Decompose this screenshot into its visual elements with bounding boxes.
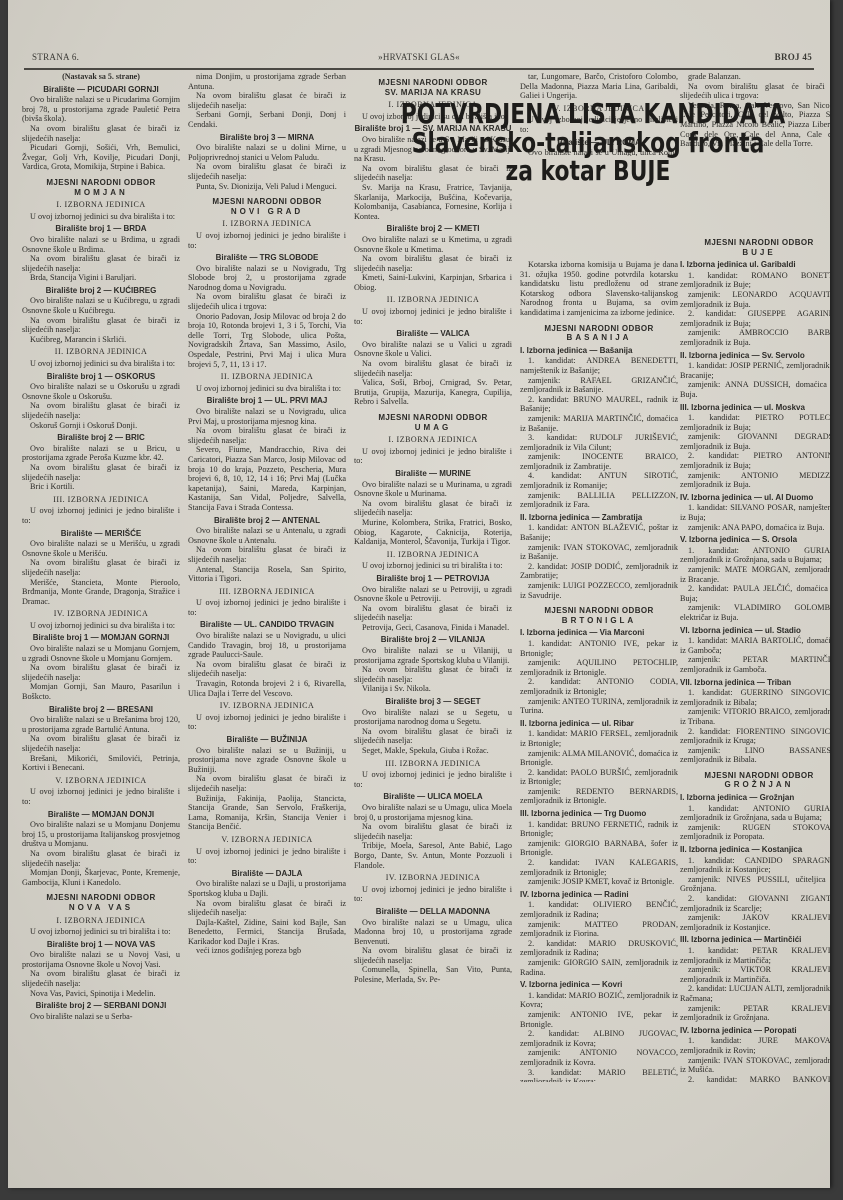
paragraph: Merišće, Stancieta, Monte Pieroolo, Brđm… bbox=[22, 578, 180, 607]
paragraph: U ovoj izbornoj jedinici su dva birališt… bbox=[22, 621, 180, 631]
electoral-unit-heading: III. Izborna jedinica — ul. Moskva bbox=[680, 403, 830, 413]
paragraph: 1. kandidat: JOSIP PERNIĆ, zemljoradnik … bbox=[680, 361, 830, 380]
paragraph: U ovoj izbornoj jedinici je jedno birali… bbox=[354, 447, 512, 466]
paragraph: 2. kandidat: GIUSEPPE AGARINIS, zemljora… bbox=[680, 309, 830, 328]
paragraph: zamjenik: VLADIMIRO GOLOMBO, električar … bbox=[680, 603, 830, 622]
paragraph: 1. kandidat: ANTON BLAŽEVIĆ, poštar iz B… bbox=[520, 523, 678, 542]
electoral-unit-heading: IV. Izborna jedinica — ul. Al Duomo bbox=[680, 493, 830, 503]
paragraph: Kmeti, Saini-Lukvini, Karpinjan, Srbaric… bbox=[354, 273, 512, 292]
committee-heading: MJESNI NARODNI ODBOR bbox=[520, 606, 678, 616]
paragraph: Ovo biralište nalazi se u Kmetima, u zgr… bbox=[354, 235, 512, 254]
paragraph: 1. kandidat: ANDREA BENEDETTI, namješten… bbox=[520, 356, 678, 375]
paragraph: Na ovom biralištu glasat će birači iz sl… bbox=[22, 734, 180, 753]
electoral-unit-heading: III. IZBORNA JEDINICA bbox=[188, 587, 346, 597]
paragraph: 1. kandidat: PIETRO POTLECA, zemljoradni… bbox=[680, 413, 830, 432]
paragraph: 1. kandidat: JURE MAKOVAC, zemljoradnik … bbox=[680, 1036, 830, 1055]
paragraph: 1. kandidat: ANTONIO GURIAN, zemljoradni… bbox=[680, 804, 830, 823]
paragraph: zamjenik: ANTONIO NOVACCO, zemljoradnik … bbox=[520, 1048, 678, 1067]
paragraph: U ovoj izbornoj jedinici je jedno birali… bbox=[22, 506, 180, 525]
paragraph: 1. kandidat: ANTONIO GURIAN, zemljoradni… bbox=[680, 546, 830, 565]
paragraph: zamjenik: GIORGIO BARNABA, šofer iz Brto… bbox=[520, 839, 678, 858]
paragraph: Sv. Marija na Krasu, Fratrice, Tavjanija… bbox=[354, 183, 512, 221]
paragraph: zamjenik: ANA PAPO, domaćica iz Buja. bbox=[680, 523, 830, 533]
paragraph: Na ovom biralištu glasat će birači iz sl… bbox=[188, 545, 346, 564]
paragraph: zamjenik: LUIGI POZZECCO, zemljoradnik i… bbox=[520, 581, 678, 600]
committee-heading: MJESNI NARODNI ODBOR bbox=[354, 78, 512, 88]
paragraph: Ovo biralište nalazi se u Novigradu, Trg… bbox=[188, 264, 346, 293]
polling-station-heading: Biralište — ULICA MOELA bbox=[354, 792, 512, 802]
paragraph: 2. kandidat: MARKO BANKOVIĆ, zemljoradni… bbox=[680, 1075, 830, 1082]
paragraph: Tribije, Moela, Saresol, Ante Babić, Lag… bbox=[354, 841, 512, 870]
paragraph: zamjenik: ANNA DUSSICH, domaćica iz Buja… bbox=[680, 380, 830, 399]
paragraph: 2. kandidat: LUCIJAN ALTI, zemljoradnik … bbox=[680, 984, 830, 1003]
column-5: MJESNI NARODNI ODBORBUJEI. Izborna jedin… bbox=[680, 232, 830, 1082]
paragraph: Na ovom biralištu glasat će birači iz sl… bbox=[354, 499, 512, 518]
paragraph: 2. kandidat: GIOVANNI ZIGANTE, zemljorad… bbox=[680, 894, 830, 913]
polling-station-heading: Biralište — PICUDARI GORNJI bbox=[22, 85, 180, 95]
paragraph: U ovoj izbornoj jedinici su tri birališt… bbox=[22, 927, 180, 937]
paragraph: Murine, Kolombera, Strika, Fratrici, Bos… bbox=[354, 518, 512, 547]
paragraph: Ovo biralište nalazi se u Umagu, ulica M… bbox=[354, 803, 512, 822]
place-heading: BUJE bbox=[680, 248, 830, 258]
paragraph: zamjenik: PETAR KRALJEVIĆ, zemljoradnik … bbox=[680, 1004, 830, 1023]
article-columns: (Nastavak sa 5. strane) Biralište — PICU… bbox=[22, 72, 830, 1082]
paragraph: 2. kandidat: ALBINO JUGOVAC, zemljoradni… bbox=[520, 1029, 678, 1048]
paragraph: Na ovom biralištu glasat će birači iz sl… bbox=[354, 604, 512, 623]
headline-line-2: Slavensko-talijanskog fronta bbox=[401, 129, 775, 158]
paragraph: 1. kandidat: ROMANO BONETTI, zemljoradni… bbox=[680, 271, 830, 290]
paragraph: nima Donjim, u prostorijama zgrade Serba… bbox=[188, 72, 346, 91]
paragraph: Na ovom biralištu glasat će birači iz sl… bbox=[22, 316, 180, 335]
paragraph: 1. kandidat: GUERRINO SINGOVICH, zemljor… bbox=[680, 688, 830, 707]
paragraph: 2. kandidat: PAOLO BURŠIĆ, zemljoradnik … bbox=[520, 768, 678, 787]
electoral-unit-heading: IV. IZBORNA JEDINICA bbox=[354, 873, 512, 883]
electoral-unit-heading: III. IZBORNA JEDINICA bbox=[354, 759, 512, 769]
paragraph: zamjenik: ANTONIO MEDIZZA, zemljoradnik … bbox=[680, 471, 830, 490]
paragraph: zamjenik: RAFAEL GRIZANČIĆ, zemljoradnik… bbox=[520, 376, 678, 395]
paragraph: Ovo biralište nalazi se u Antenalu, u zg… bbox=[188, 526, 346, 545]
paragraph: zamjenik: AMBROCCIO BARBO, zemljoradnik … bbox=[680, 328, 830, 347]
electoral-unit-heading: IV. IZBORNA JEDINICA bbox=[22, 609, 180, 619]
electoral-unit-heading: I. IZBORNA JEDINICA bbox=[22, 916, 180, 926]
paragraph: Ovo biralište nalazi se u Kućibregu, u z… bbox=[22, 296, 180, 315]
paragraph: Ovo biralište nalazi se u Segetu, u pros… bbox=[354, 708, 512, 727]
paragraph: 4. kandidat: ANTUN SIROTIĆ, zemljoradnik… bbox=[520, 471, 678, 490]
paragraph: 1. kandidat: PETAR KRALJEVIĆ, zemljoradn… bbox=[680, 946, 830, 965]
paragraph: Valica, Soši, Brboj, Crnigrad, Sv. Petar… bbox=[354, 378, 512, 407]
paragraph: 1. kandidat: MARIO BOZIĆ, zemljoradnik i… bbox=[520, 991, 678, 1010]
paragraph: Severo, Fiume, Mandracchio, Riva dei Car… bbox=[188, 445, 346, 512]
place-heading: GROŽNJAN bbox=[680, 780, 830, 790]
committee-heading: MJESNI NARODNI ODBOR bbox=[680, 771, 830, 781]
paragraph: Oskoruš Gornji i Oskoruš Donji. bbox=[22, 421, 180, 431]
paragraph: Ovo biralište nalazi se u Novigradu, uli… bbox=[188, 407, 346, 426]
polling-station-heading: Biralište broj 1 — MOMJAN GORNJI bbox=[22, 633, 180, 643]
electoral-unit-heading: III. Izborna jedinica — Trg Duomo bbox=[520, 809, 678, 819]
paragraph: Momjan Donji, Škarjevac, Ponte, Kremenje… bbox=[22, 868, 180, 887]
paragraph: 2. kandidat: BRUNO MAUREL, radnik iz Baš… bbox=[520, 395, 678, 414]
paragraph: Ovo biralište nalazi se u Dajli, u prost… bbox=[188, 879, 346, 898]
paragraph: 2. kandidat: MARIO DRUSKOVIĆ, zemljoradn… bbox=[520, 939, 678, 958]
polling-station-heading: Biralište — MOMJAN DONJI bbox=[22, 810, 180, 820]
paragraph: zamjenik: VITORIO BRAICO, zemljoradnik i… bbox=[680, 707, 830, 726]
polling-station-heading: Biralište broj 1 — PETROVIJA bbox=[354, 574, 512, 584]
paragraph: Ovo biralište nalazi se u Novigradu, u u… bbox=[188, 631, 346, 660]
polling-station-heading: Biralište broj 2 — BRIC bbox=[22, 433, 180, 443]
polling-station-heading: Biralište broj 2 — ANTENAL bbox=[188, 516, 346, 526]
paragraph: zamjenik: RUGEN STOKOVAC, zemljoradnik i… bbox=[680, 823, 830, 842]
polling-station-heading: Biralište broj 2 — BRESANI bbox=[22, 705, 180, 715]
electoral-unit-heading: I. Izborna jedinica — Via Marconi bbox=[520, 628, 678, 638]
committee-heading: MJESNI NARODNI ODBOR bbox=[520, 324, 678, 334]
paragraph: zamjenik: MATTEO PRODAN, zemljoradnik iz… bbox=[520, 920, 678, 939]
paragraph: Ovo biralište nalazi se u Oskorušu u zgr… bbox=[22, 382, 180, 401]
paragraph: Ovo biralište nalazi se u Valici u zgrad… bbox=[354, 340, 512, 359]
electoral-unit-heading: II. IZBORNA JEDINICA bbox=[22, 347, 180, 357]
electoral-unit-heading: V. IZBORNA JEDINICA bbox=[188, 835, 346, 845]
paragraph: zamjenik: GIOVANNI DEGRADSI, zemljoradni… bbox=[680, 432, 830, 451]
paragraph: 1. kandidat: MARIO FERSEL, zemljoradnik … bbox=[520, 729, 678, 748]
paragraph: 2. kandidat: FIORENTINO SINGOVICH, zemlj… bbox=[680, 727, 830, 746]
electoral-unit-heading: II. Izborna jedinica — Sv. Servolo bbox=[680, 351, 830, 361]
paragraph: 2. kandidat: PIETRO ANTONINI, zemljoradn… bbox=[680, 451, 830, 470]
paragraph: Ovo biralište nalazi se u Merišću, u zgr… bbox=[22, 539, 180, 558]
polling-station-heading: Biralište broj 2 — VILANIJA bbox=[354, 635, 512, 645]
electoral-unit-heading: I. Izborna jedinica ul. Garibaldi bbox=[680, 260, 830, 270]
paragraph: veći iznos godišnjeg poreza bgb bbox=[188, 946, 346, 956]
polling-station-heading: Biralište broj 3 — MIRNA bbox=[188, 133, 346, 143]
column-1: (Nastavak sa 5. strane) Biralište — PICU… bbox=[22, 72, 180, 1082]
paragraph: Ovo biralište nalazi se u Vilaniji, u pr… bbox=[354, 646, 512, 665]
place-heading: MOMJAN bbox=[22, 188, 180, 198]
paragraph: Petrovija, Geci, Casanova, Finida i Mana… bbox=[354, 623, 512, 633]
paragraph: 2. kandidat: IVAN KALEGARIS, zemljoradni… bbox=[520, 858, 678, 877]
paragraph: zamjenik: AQUILINO PETOCHLIP, zemljoradn… bbox=[520, 658, 678, 677]
electoral-unit-heading: II. IZBORNA JEDINICA bbox=[354, 550, 512, 560]
committee-heading: MJESNI NARODNI ODBOR bbox=[188, 197, 346, 207]
electoral-unit-heading: V. Izborna jedinica — S. Orsola bbox=[680, 535, 830, 545]
electoral-unit-heading: I. IZBORNA JEDINICA bbox=[354, 435, 512, 445]
polling-station-heading: Biralište — DAJLA bbox=[188, 869, 346, 879]
paragraph: Na ovom biralištu glasat će birači iz sl… bbox=[22, 401, 180, 420]
electoral-unit-heading: IV. IZBORNA JEDINICA bbox=[188, 701, 346, 711]
paragraph: zamjenik: IVAN STOKOVAC, zemljoradnik iz… bbox=[680, 1056, 830, 1075]
paragraph: 2. kandidat: ANTONIO CODIA, zemljoradnik… bbox=[520, 677, 678, 696]
electoral-unit-heading: I. Izborna jedinica — Bašanija bbox=[520, 346, 678, 356]
paragraph: U ovoj izbornoj jedinici je jedno birali… bbox=[188, 847, 346, 866]
paragraph: Na ovom biralištu glasat će birači iz sl… bbox=[354, 727, 512, 746]
paragraph: Na ovom biralištu glasat će birači iz sl… bbox=[22, 463, 180, 482]
paragraph: U ovoj izbornoj jedinici je jedno birali… bbox=[188, 598, 346, 617]
electoral-unit-heading: IV. Izborna jedinica — Poropati bbox=[680, 1026, 830, 1036]
paragraph: U ovoj izbornoj jedinici su tri birališt… bbox=[354, 561, 512, 571]
paragraph: Dajla-Kaštel, Zidine, Saini kod Bajle, S… bbox=[188, 918, 346, 947]
paragraph: Antenal, Stancija Rosela, San Spirito, V… bbox=[188, 565, 346, 584]
committee-heading: MJESNI NARODNI ODBOR bbox=[354, 413, 512, 423]
paragraph: Ovo biralište nalazi se u Murinama, u zg… bbox=[354, 480, 512, 499]
paragraph: Ovo biralište nalazi se u Momjanu Donjem… bbox=[22, 820, 180, 849]
paragraph: Picudari Gornji, Sošići, Vrh, Bemulici, … bbox=[22, 143, 180, 172]
paragraph: Na ovom biralištu glasat će birači iz sl… bbox=[188, 660, 346, 679]
paragraph: zamjenik: REDENTO BERNARDIS, zemljoradni… bbox=[520, 787, 678, 806]
paragraph: Ovo biralište nalazi se u Picudarima Gor… bbox=[22, 95, 180, 124]
paragraph: zamjenik: LEONARDO ACQUAVITA, zemljoradn… bbox=[680, 290, 830, 309]
paragraph: zamjenik: NIVES PUSSILI, učiteljica iz G… bbox=[680, 875, 830, 894]
polling-station-heading: Biralište — TRG SLOBODE bbox=[188, 253, 346, 263]
polling-station-heading: Biralište — DELLA MADONNA bbox=[354, 907, 512, 917]
paragraph: U ovoj izbornoj jedinici su dva birališt… bbox=[22, 212, 180, 222]
paragraph: 1. kandidat: MARIA BARTOLIĆ, domaćica iz… bbox=[680, 636, 830, 655]
paragraph: zamjenik: IVAN STOKOVAC, zemljoradnik iz… bbox=[520, 543, 678, 562]
paragraph: U ovoj izbornoj jedinici je jedno birali… bbox=[22, 787, 180, 806]
electoral-unit-heading: V. Izborna jedinica — Kovri bbox=[520, 980, 678, 990]
polling-station-heading: Biralište broj 1 — BRDA bbox=[22, 224, 180, 234]
paragraph: Ovo biralište nalazi se u Bužiniji, u pr… bbox=[188, 746, 346, 775]
paragraph: Ovo biralište nalazi se u dolini Mirne, … bbox=[188, 143, 346, 162]
paragraph: 1. kandidat: BRUNO FERNETIĆ, radnik iz B… bbox=[520, 820, 678, 839]
headline: POTVRDJENA LISTA KANDIDATA Slavensko-tal… bbox=[348, 100, 828, 186]
polling-station-heading: Biralište broj 2 — KUĆIBREG bbox=[22, 286, 180, 296]
electoral-unit-heading: II. Izborna jedinica — Zambratija bbox=[520, 513, 678, 523]
polling-station-heading: Biralište broj 2 — SERBANI DONJI bbox=[22, 1001, 180, 1011]
paragraph: Na ovom biralištu glasat će birači iz sl… bbox=[354, 946, 512, 965]
newspaper-page: STRANA 6. »HRVATSKI GLAS« BROJ 45 (Nasta… bbox=[8, 0, 830, 1188]
paragraph: Ovo biralište nalazi se u Novoj Vasi, u … bbox=[22, 950, 180, 969]
polling-station-heading: Biralište — VALICA bbox=[354, 329, 512, 339]
committee-heading: MJESNI NARODNI ODBOR bbox=[22, 893, 180, 903]
paragraph: zamjenik: ALMA MILANOVIĆ, domaćica iz Br… bbox=[520, 749, 678, 768]
paragraph: Ovo biralište nalazi se u Petroviji, u z… bbox=[354, 585, 512, 604]
paragraph: Brda, Stancija Vigini i Baruljari. bbox=[22, 273, 180, 283]
paragraph: Ovo biralište nalazi se u Bricu, u prost… bbox=[22, 444, 180, 463]
polling-station-heading: Biralište broj 2 — KMETI bbox=[354, 224, 512, 234]
electoral-unit-heading: III. IZBORNA JEDINICA bbox=[22, 495, 180, 505]
issue-number: BROJ 45 bbox=[775, 52, 812, 62]
paragraph: Nova Vas, Pavici, Spinotija i Medelin. bbox=[22, 989, 180, 999]
electoral-unit-heading: III. Izborna jedinica — Martinčići bbox=[680, 935, 830, 945]
paragraph: zamjenik: PETAR MARTINČIĆ, zemljoradnik … bbox=[680, 655, 830, 674]
paragraph: zamjenik: MATE MORGAN, zemljoradnik iz B… bbox=[680, 565, 830, 584]
paragraph: Travagin, Rotonda brojevi 2 i 6, Rivarel… bbox=[188, 679, 346, 698]
column-2: nima Donjim, u prostorijama zgrade Serba… bbox=[188, 72, 346, 1082]
polling-station-heading: Biralište — MURINE bbox=[354, 469, 512, 479]
paragraph: 1. kandidat: CANDIDO SPARAGNA, zemljorad… bbox=[680, 856, 830, 875]
paragraph: Vilanija i Sv. Nikola. bbox=[354, 684, 512, 694]
paragraph: Momjan Gornji, San Mauro, Pasarilun i Bo… bbox=[22, 682, 180, 701]
electoral-unit-heading: I. Izborna jedinica — Grožnjan bbox=[680, 793, 830, 803]
paragraph: zamjenik: ANTEO TURINA, zemljoradnik iz … bbox=[520, 697, 678, 716]
paragraph: Na ovom biralištu glasat će birači iz sl… bbox=[188, 91, 346, 110]
paragraph: U ovoj izbornoj jedinici je jedno birali… bbox=[354, 307, 512, 326]
newspaper-title: »HRVATSKI GLAS« bbox=[24, 52, 814, 62]
paragraph: grade Balanzan. bbox=[680, 72, 830, 82]
paragraph: zamjenik: GIORGIO SAIN, zemljoradnik iz … bbox=[520, 958, 678, 977]
paragraph: zamjenik: BALLILIA PELLIZZON, zemljoradn… bbox=[520, 491, 678, 510]
paragraph: Na ovom biralištu glasat će birači iz sl… bbox=[188, 774, 346, 793]
paragraph: U ovoj izbornoj jedinici je jedno birali… bbox=[188, 231, 346, 250]
paragraph: zamjenik: MARIJA MARTINČIĆ, domaćica iz … bbox=[520, 414, 678, 433]
paragraph: Punta, Sv. Dionizija, Veli Palud i Mengu… bbox=[188, 182, 346, 192]
paragraph: U ovoj izbornoj jedinici je jedno birali… bbox=[354, 885, 512, 904]
paragraph: zamjenik: INOCENTE BRAICO, zemljoradnik … bbox=[520, 452, 678, 471]
paragraph: Na ovom biralištu glasat će birači iz sl… bbox=[188, 292, 346, 311]
paragraph: Onorio Padovan, Josip Milovac od broja 2… bbox=[188, 312, 346, 370]
paragraph: Bužinija, Fakinija, Paolija, Stancicta, … bbox=[188, 794, 346, 832]
paragraph: zamjenik: JOSIP KMET, kovač iz Brtonigle… bbox=[520, 877, 678, 887]
paragraph: 1. kandidat: SILVANO POSAR, namještenik … bbox=[680, 503, 830, 522]
paragraph: 1. kandidat: ANTONIO IVE, pekar iz Brton… bbox=[520, 639, 678, 658]
paragraph: zamjenik: JAKOV KRALJEVIĆ, zemljoradnik … bbox=[680, 913, 830, 932]
paragraph: Serbani Gornji, Serbani Donji, Donj i Ce… bbox=[188, 110, 346, 129]
paragraph: Na ovom biralištu glasat će birači iz sl… bbox=[354, 822, 512, 841]
paragraph: Na ovom biralištu glasat će birači iz sl… bbox=[22, 124, 180, 143]
paragraph: 2. kandidat: PAULA JELČIĆ, domaćica iz B… bbox=[680, 584, 830, 603]
polling-station-heading: Biralište broj 3 — SEGET bbox=[354, 697, 512, 707]
paragraph: Ovo biralište nalazi se u Umagu, ulica M… bbox=[354, 918, 512, 947]
paragraph: Kućibreg, Marancin i Skrlići. bbox=[22, 335, 180, 345]
column-3: MJESNI NARODNI ODBORSV. MARIJA NA KRASUI… bbox=[354, 72, 512, 1082]
electoral-unit-heading: IV. Izborna jedinica — Radini bbox=[520, 890, 678, 900]
electoral-unit-heading: II. Izborna jedinica — ul. Ribar bbox=[520, 719, 678, 729]
polling-station-heading: Biralište — UL. CANDIDO TRVAGIN bbox=[188, 620, 346, 630]
electoral-unit-heading: I. IZBORNA JEDINICA bbox=[22, 200, 180, 210]
headline-line-1: POTVRDJENA LISTA KANDIDATA bbox=[401, 100, 775, 129]
place-heading: NOVA VAS bbox=[22, 903, 180, 913]
paragraph: Brešani, Mikorići, Smilovići, Petrinja, … bbox=[22, 754, 180, 773]
electoral-unit-heading: II. IZBORNA JEDINICA bbox=[354, 295, 512, 305]
electoral-unit-heading: I. IZBORNA JEDINICA bbox=[188, 219, 346, 229]
electoral-unit-heading: II. IZBORNA JEDINICA bbox=[188, 372, 346, 382]
electoral-unit-heading: II. Izborna jedinica — Kostanjica bbox=[680, 845, 830, 855]
paragraph: U ovoj izbornoj jedinici su dva birališt… bbox=[22, 359, 180, 369]
place-heading: UMAG bbox=[354, 423, 512, 433]
committee-heading: MJESNI NARODNI ODBOR bbox=[22, 178, 180, 188]
paragraph: U ovoj izbornoj jedinici je jedno birali… bbox=[188, 713, 346, 732]
place-heading: NOVI GRAD bbox=[188, 207, 346, 217]
paragraph: zamjenik: VIKTOR KRALJEVIĆ, zemljoradnik… bbox=[680, 965, 830, 984]
paragraph: Na ovom biralištu glasat će birači iz sl… bbox=[22, 254, 180, 273]
paragraph: Kotarska izborna komisija u Bujama je da… bbox=[520, 260, 678, 318]
paragraph: Ovo biralište nalazi se u Brešanima broj… bbox=[22, 715, 180, 734]
paragraph: 1. kandidat: OLIVIERO BENČIĆ, zemljoradn… bbox=[520, 900, 678, 919]
paragraph: U ovoj izbornoj jedinici su dva birališt… bbox=[188, 384, 346, 394]
paragraph: Bric i Kortili. bbox=[22, 482, 180, 492]
paragraph: 3. kandidat: MARIO BELETIĆ, zemljoradnik… bbox=[520, 1068, 678, 1083]
electoral-unit-heading: VI. Izborna jedinica — ul. Stadio bbox=[680, 626, 830, 636]
paragraph: zamjenik: LINO BASSANESE, zemljoradnik i… bbox=[680, 746, 830, 765]
continued-from: (Nastavak sa 5. strane) bbox=[22, 72, 180, 82]
paragraph: Comunella, Spinella, San Vito, Punta, Po… bbox=[354, 965, 512, 984]
paragraph: Na ovom biralištu glasat će birači iz sl… bbox=[188, 899, 346, 918]
paragraph: Na ovom biralištu glasat će birači iz sl… bbox=[354, 254, 512, 273]
paragraph: Ovo biralište nalazi se u Momjanu Gornje… bbox=[22, 644, 180, 663]
masthead-rule bbox=[24, 68, 814, 70]
paragraph: 2. kandidat: JOSIP DODIĆ, zemljoradnik i… bbox=[520, 562, 678, 581]
electoral-unit-heading: VII. Izborna jedinica — Triban bbox=[680, 678, 830, 688]
paragraph: Na ovom biralištu glasat će birači iz sl… bbox=[188, 162, 346, 181]
column-4: Kotarska izborna komisija u Bujama je da… bbox=[520, 260, 678, 1082]
paragraph: zamjenik: ANTONIO IVE, pekar iz Brtonigl… bbox=[520, 1010, 678, 1029]
place-heading: BASANIJA bbox=[520, 333, 678, 343]
paragraph: Ovo biralište nalazi se u Serba- bbox=[22, 1012, 180, 1022]
paragraph: U ovoj izbornoj jedinici je jedno birali… bbox=[354, 770, 512, 789]
committee-heading: SV. MARIJA NA KRASU bbox=[354, 88, 512, 98]
paragraph: Na ovom biralištu glasat će birači iz sl… bbox=[22, 663, 180, 682]
paragraph: Na ovom biralištu glasat će birači iz sl… bbox=[354, 359, 512, 378]
committee-heading: MJESNI NARODNI ODBOR bbox=[680, 238, 830, 248]
paragraph: 3. kandidat: RUDOLF JURIŠEVIĆ, zemljorad… bbox=[520, 433, 678, 452]
polling-station-heading: Biralište — BUŽINIJA bbox=[188, 735, 346, 745]
paragraph: Na ovom biralištu glasat će birači iz sl… bbox=[188, 426, 346, 445]
place-heading: BRTONIGLA bbox=[520, 616, 678, 626]
headline-line-3: za kotar BUJE bbox=[401, 157, 775, 186]
polling-station-heading: Biralište broj 1 — NOVA VAS bbox=[22, 940, 180, 950]
paragraph: Na ovom biralištu glasat će birači iz sl… bbox=[354, 665, 512, 684]
polling-station-heading: Biralište — MERIŠĆE bbox=[22, 529, 180, 539]
polling-station-heading: Biralište broj 1 — OSKORUS bbox=[22, 372, 180, 382]
electoral-unit-heading: V. IZBORNA JEDINICA bbox=[22, 776, 180, 786]
paragraph: Na ovom biralištu glasat će birači iz sl… bbox=[22, 969, 180, 988]
paragraph: Ovo biralište nalazi se u Brdima, u zgra… bbox=[22, 235, 180, 254]
paragraph: Na ovom biralištu glasat će birači iz sl… bbox=[22, 558, 180, 577]
polling-station-heading: Biralište broj 1 — UL. PRVI MAJ bbox=[188, 396, 346, 406]
paragraph: Na ovom biralištu glasat će birači iz sl… bbox=[22, 849, 180, 868]
paragraph: Seget, Makle, Spekula, Giuba i Rožac. bbox=[354, 746, 512, 756]
